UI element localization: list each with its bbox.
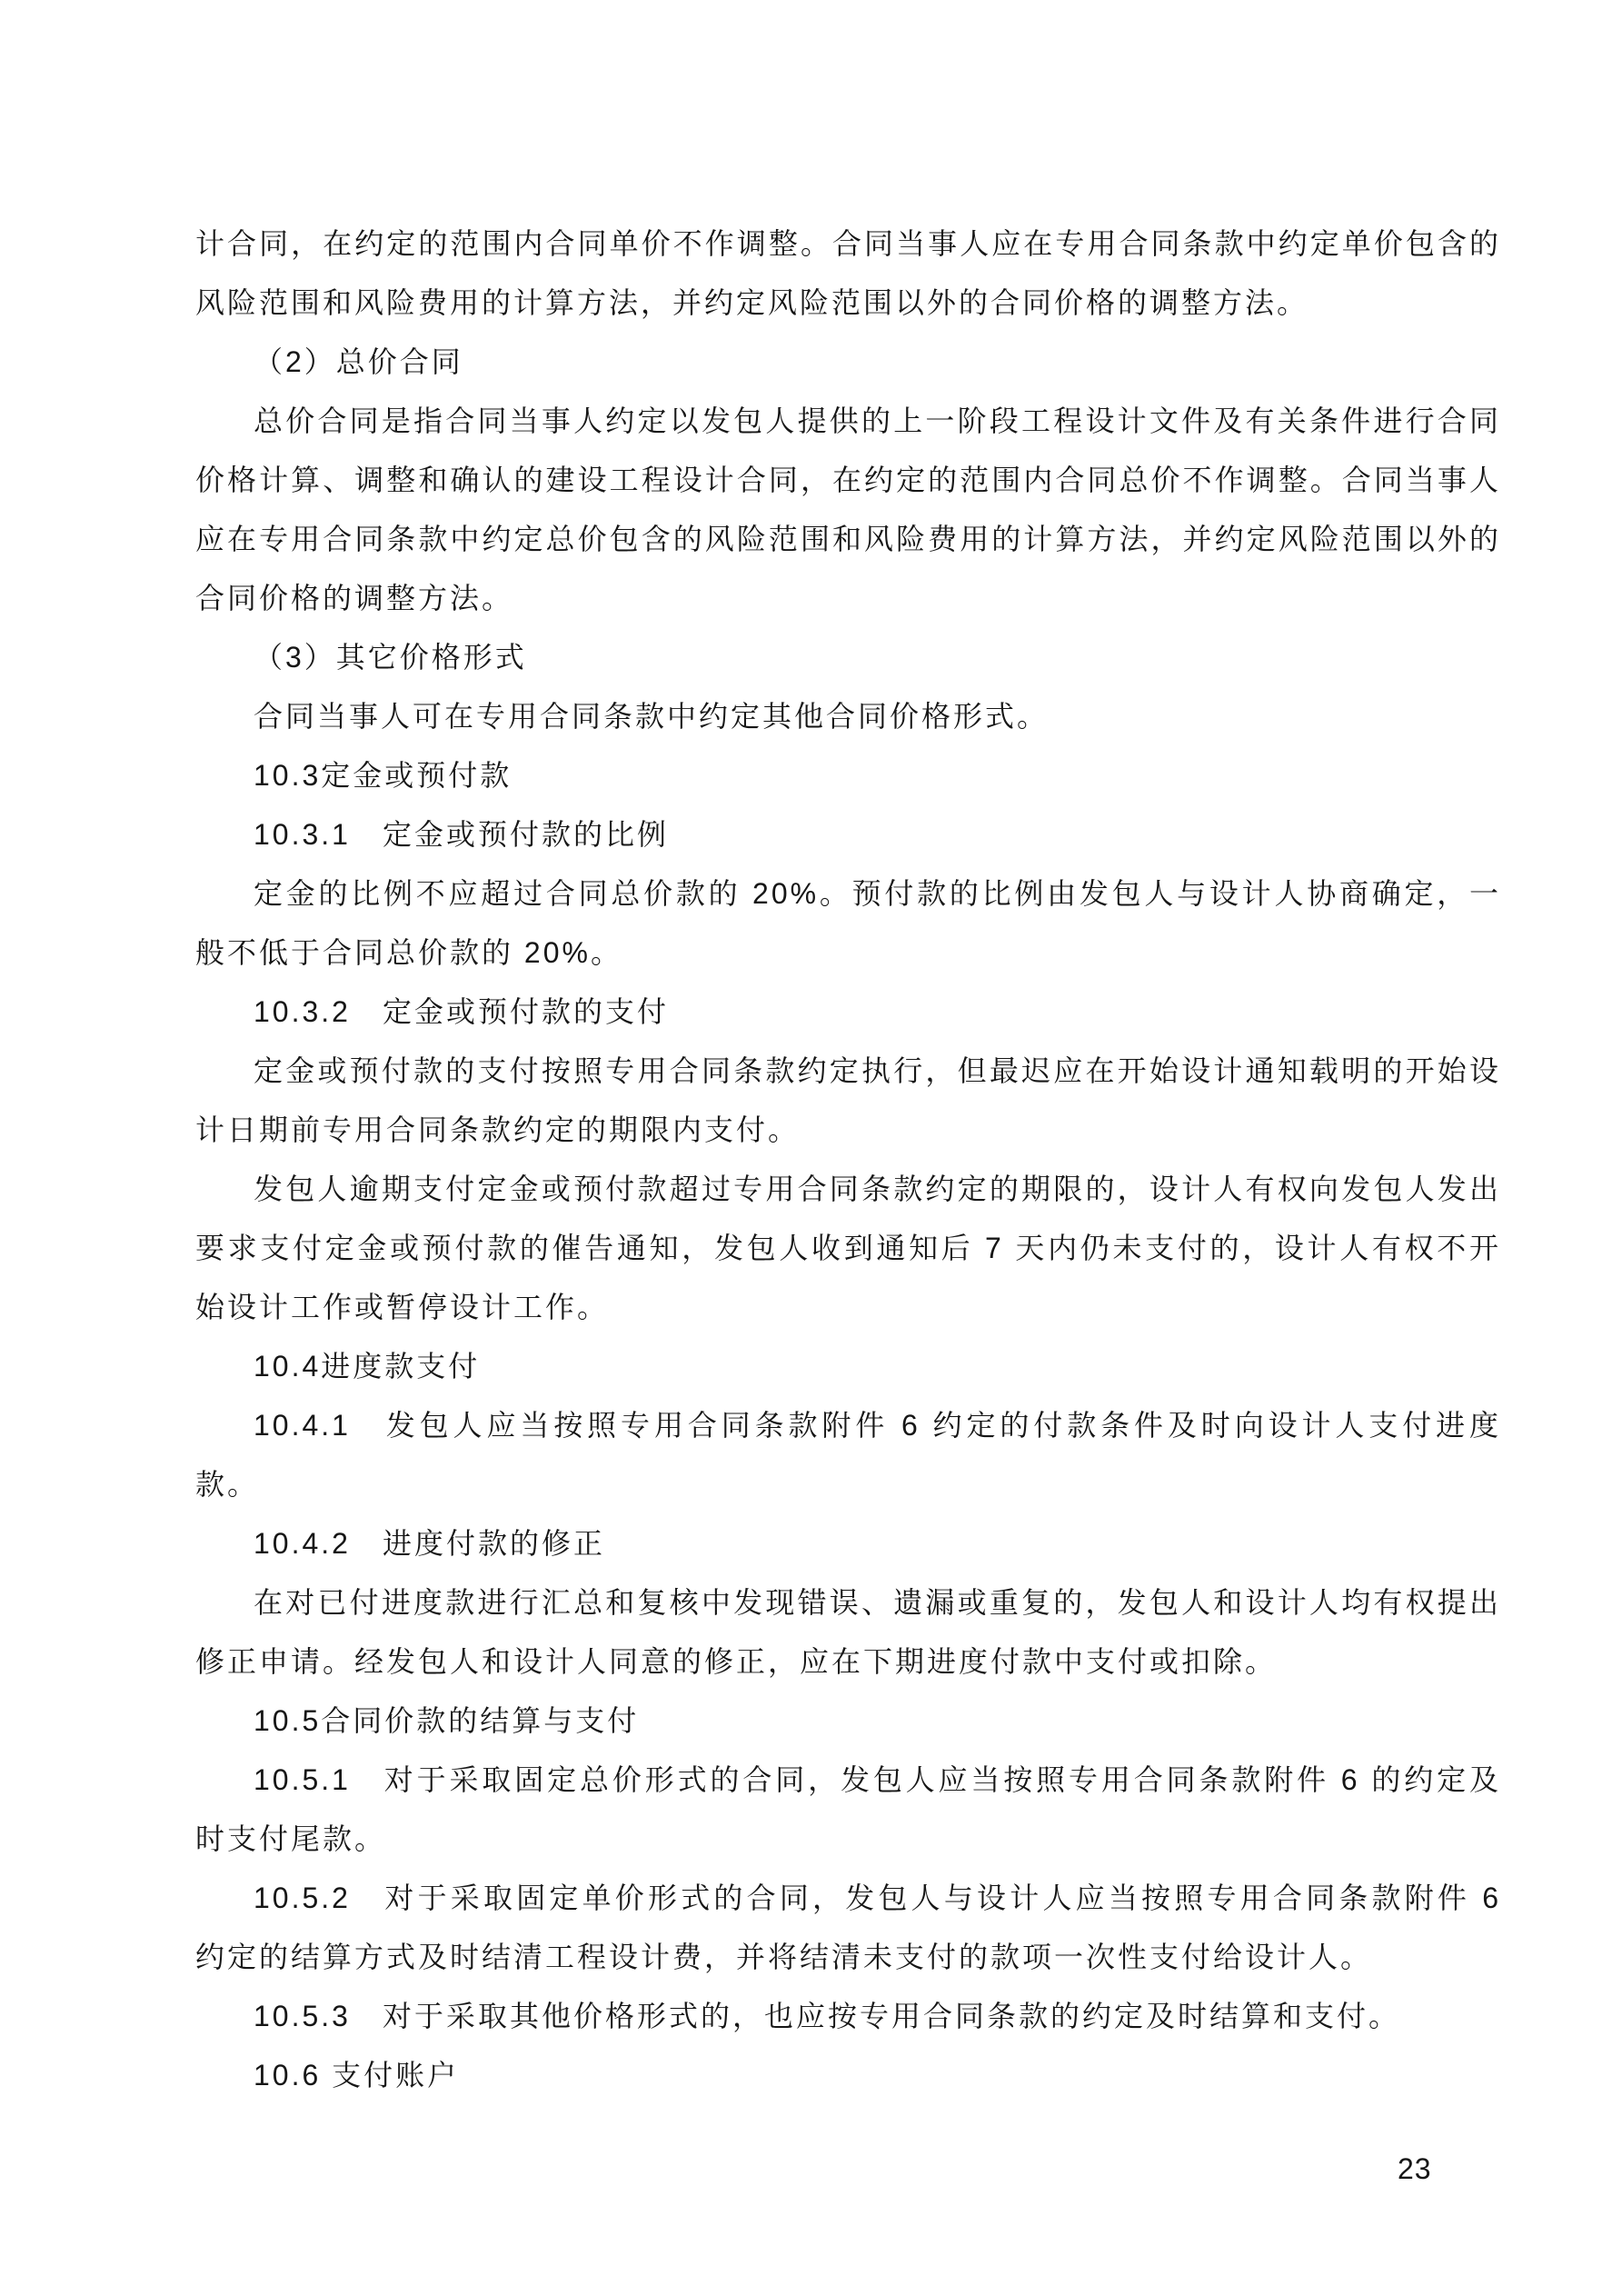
contract-paragraph: 在对已付进度款进行汇总和复核中发现错误、遗漏或重复的，发包人和设计人均有权提出修… (195, 1573, 1501, 1692)
document-page: 计合同，在约定的范围内合同单价不作调整。合同当事人应在专用合同条款中约定单价包含… (0, 0, 1622, 2296)
contract-paragraph: 10.4进度款支付 (195, 1337, 1501, 1396)
contract-text-body: 计合同，在约定的范围内合同单价不作调整。合同当事人应在专用合同条款中约定单价包含… (195, 215, 1501, 2105)
contract-paragraph: 10.6 支付账户 (195, 2046, 1501, 2105)
contract-paragraph: 10.3.2 定金或预付款的支付 (195, 983, 1501, 1042)
contract-paragraph: （3）其它价格形式 (195, 628, 1501, 687)
contract-paragraph: 总价合同是指合同当事人约定以发包人提供的上一阶段工程设计文件及有关条件进行合同价… (195, 392, 1501, 628)
contract-paragraph: 合同当事人可在专用合同条款中约定其他合同价格形式。 (195, 687, 1501, 746)
contract-paragraph: 10.5.1 对于采取固定总价形式的合同，发包人应当按照专用合同条款附件 6 的… (195, 1751, 1501, 1869)
contract-paragraph: 10.4.2 进度付款的修正 (195, 1514, 1501, 1573)
contract-paragraph: 10.3.1 定金或预付款的比例 (195, 805, 1501, 864)
contract-paragraph: 10.3定金或预付款 (195, 746, 1501, 805)
page-number: 23 (1398, 2152, 1432, 2185)
contract-paragraph: 10.5.3 对于采取其他价格形式的，也应按专用合同条款的约定及时结算和支付。 (195, 1987, 1501, 2046)
contract-paragraph: （2）总价合同 (195, 333, 1501, 392)
contract-paragraph: 10.5合同价款的结算与支付 (195, 1692, 1501, 1751)
contract-paragraph: 计合同，在约定的范围内合同单价不作调整。合同当事人应在专用合同条款中约定单价包含… (195, 215, 1501, 333)
contract-paragraph: 定金的比例不应超过合同总价款的 20%。预付款的比例由发包人与设计人协商确定，一… (195, 864, 1501, 983)
contract-paragraph: 10.5.2 对于采取固定单价形式的合同，发包人与设计人应当按照专用合同条款附件… (195, 1869, 1501, 1987)
contract-paragraph: 10.4.1 发包人应当按照专用合同条款附件 6 约定的付款条件及时向设计人支付… (195, 1396, 1501, 1514)
contract-paragraph: 定金或预付款的支付按照专用合同条款约定执行，但最迟应在开始设计通知载明的开始设计… (195, 1042, 1501, 1160)
contract-paragraph: 发包人逾期支付定金或预付款超过专用合同条款约定的期限的，设计人有权向发包人发出要… (195, 1160, 1501, 1337)
